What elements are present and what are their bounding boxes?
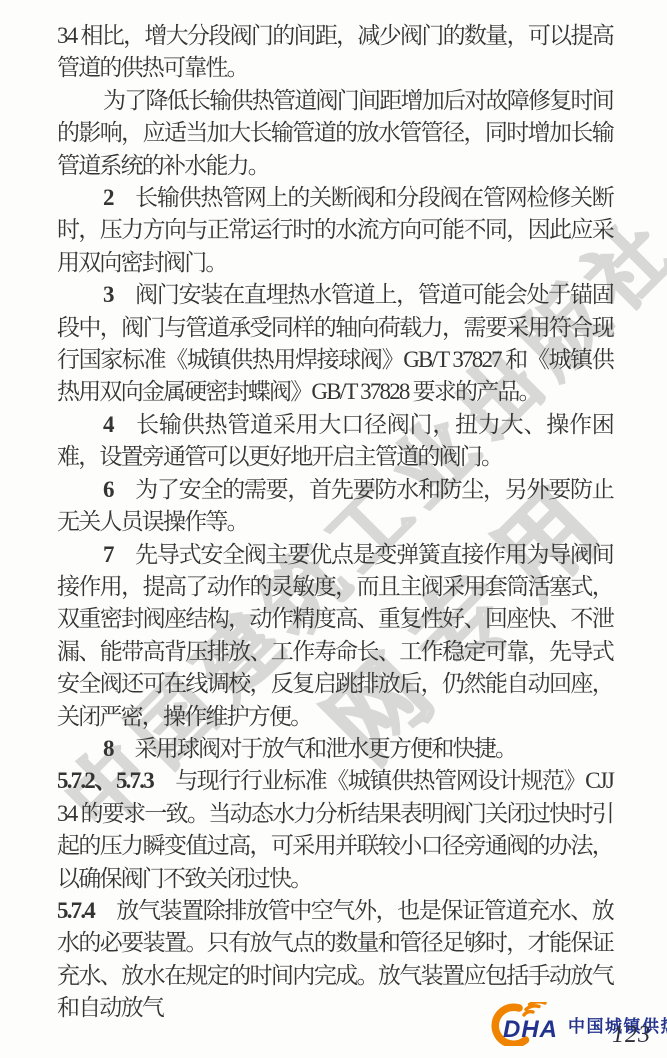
paragraph-continuation: 34 相比，增大分段阀门的间距，减少阀门的数量，可以提高管道的供热可靠性。 (57, 20, 613, 85)
item-text: 长输供热管网上的关断阀和分段阀在管网检修关断时，压力方向与正常运行时的水流方向可… (57, 185, 613, 275)
section-number: 5.7.2、5.7.3 (57, 768, 153, 793)
paragraph: 为了降低长输供热管道阀门间距增加后对故障修复时间的影响，应适当加大长输管道的放水… (57, 85, 613, 182)
numbered-item-6: 6为了安全的需要，首先要防水和防尘，另外要防止无关人员误操作等。 (57, 474, 613, 539)
section-number: 5.7.4 (57, 898, 94, 923)
item-text: 先导式安全阀主要优点是变弹簧直接作用为导阀间接作用，提高了动作的灵敏度，而且主阀… (57, 542, 613, 729)
section-5-7-4: 5.7.4放气装置除排放管中空气外，也是保证管道充水、放水的必要装置。只有放气点… (57, 895, 613, 1025)
item-number: 7 (103, 542, 113, 567)
item-text: 阀门安装在直埋热水管道上，管道可能会处于锚固段中，阀门与管道承受同样的轴向荷载力… (57, 282, 613, 404)
item-number: 3 (103, 282, 113, 307)
document-page: 中国建筑工业出版社 网专用 34 相比，增大分段阀门的间距，减少阀门的数量，可以… (0, 0, 667, 1058)
page-number: 123 (612, 1022, 651, 1049)
clause-text: 为了降低长输供热管道阀门间距增加后对故障修复时间的影响，应适当加大长输管道的放水… (57, 88, 613, 178)
item-text: 长输供热管道采用大口径阀门，扭力大、操作困难，设置旁通管可以更好地开启主管道的阀… (57, 412, 613, 469)
item-number: 6 (103, 477, 113, 502)
numbered-item-3: 3阀门安装在直埋热水管道上，管道可能会处于锚固段中，阀门与管道承受同样的轴向荷载… (57, 279, 613, 409)
page-content: 34 相比，增大分段阀门的间距，减少阀门的数量，可以提高管道的供热可靠性。 为了… (57, 20, 613, 1025)
section-text: 放气装置除排放管中空气外，也是保证管道充水、放水的必要装置。只有放气点的数量和管… (57, 898, 613, 1020)
clause-text: 34 相比，增大分段阀门的间距，减少阀门的数量，可以提高管道的供热可靠性。 (57, 23, 613, 80)
numbered-item-2: 2长输供热管网上的关断阀和分段阀在管网检修关断时，压力方向与正常运行时的水流方向… (57, 182, 613, 279)
item-number: 8 (103, 736, 113, 761)
item-number: 4 (103, 412, 113, 437)
item-number: 2 (103, 185, 113, 210)
section-5-7-2-5-7-3: 5.7.2、5.7.3与现行行业标准《城镇供热管网设计规范》CJJ 34 的要求… (57, 765, 613, 895)
numbered-item-4: 4长输供热管道采用大口径阀门，扭力大、操作困难，设置旁通管可以更好地开启主管道的… (57, 409, 613, 474)
item-text: 为了安全的需要，首先要防水和防尘，另外要防止无关人员误操作等。 (57, 477, 613, 534)
numbered-item-8: 8采用球阀对于放气和泄水更方便和快捷。 (57, 733, 613, 765)
numbered-item-7: 7先导式安全阀主要优点是变弹簧直接作用为导阀间接作用，提高了动作的灵敏度，而且主… (57, 539, 613, 733)
item-text: 采用球阀对于放气和泄水更方便和快捷。 (135, 736, 517, 761)
